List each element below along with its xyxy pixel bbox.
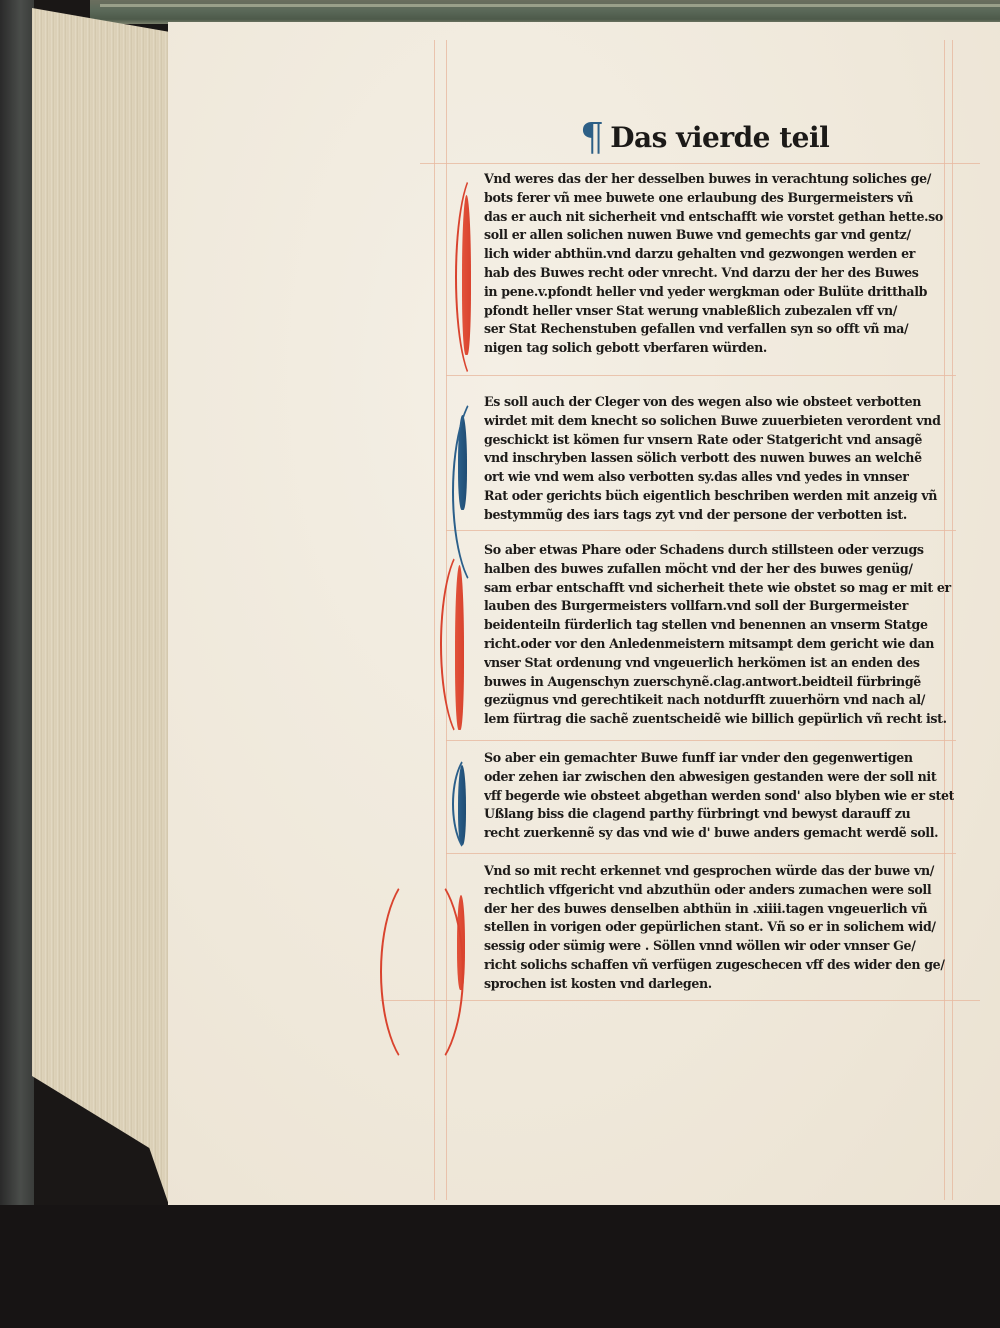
text-line: der her des buwes denselben abthün in .x… — [484, 900, 954, 919]
text-line: ort wie vnd wem also verbotten sy.das al… — [484, 468, 954, 487]
text-line: bestymmũg des iars tags zyt vnd der pers… — [484, 506, 954, 525]
text-line: lich wider abthün.vnd darzu gehalten vnd… — [484, 245, 954, 264]
text-line: So aber etwas Phare oder Schadens durch … — [484, 541, 954, 560]
bottom-background — [0, 1205, 1000, 1328]
text-line: wirdet mit dem knecht so solichen Buwe z… — [484, 412, 954, 431]
text-line: richt.oder vor den Anledenmeistern mitsa… — [484, 635, 954, 654]
rubric-flourish-5 — [380, 870, 464, 1074]
text-line: sam erbar entschafft vnd sicherheit thet… — [484, 579, 954, 598]
text-line: sessig oder sümig were . Söllen vnnd wöl… — [484, 937, 954, 956]
page-edges-stack — [32, 8, 170, 1208]
ruling-line-bottom — [380, 1000, 980, 1001]
paragraph-5: Vnd so mit recht erkennet vnd gesprochen… — [484, 862, 954, 994]
pilcrow-icon: ¶ — [580, 118, 604, 156]
text-line: nigen tag solich gebott vberfaren würden… — [484, 339, 954, 358]
text-line: Rat oder gerichts büch eigentlich beschr… — [484, 487, 954, 506]
text-line: geschickt ist kömen fur vnsern Rate oder… — [484, 431, 954, 450]
text-line: hab des Buwes recht oder vnrecht. Vnd da… — [484, 264, 954, 283]
text-line: vnd inschryben lassen sölich verbott des… — [484, 449, 954, 468]
paragraph-3: So aber etwas Phare oder Schadens durch … — [484, 541, 954, 729]
text-line: lauben des Burgermeisters vollfarn.vnd s… — [484, 597, 954, 616]
text-line: soll er allen solichen nuwen Buwe vnd ge… — [484, 226, 954, 245]
text-line: beidenteiln fürderlich tag stellen vnd b… — [484, 616, 954, 635]
text-line: bots ferer vñ mee buwete one erlaubung d… — [484, 189, 954, 208]
ruling-line-top — [420, 163, 980, 164]
text-line: gezügnus vnd gerechtikeit nach notdurfft… — [484, 691, 954, 710]
ruling-line-sep3 — [446, 740, 956, 741]
section-heading: ¶ Das vierde teil — [580, 118, 829, 156]
text-line: halben des buwes zufallen möcht vnd der … — [484, 560, 954, 579]
ruling-line-sep4 — [446, 853, 956, 854]
paragraph-1: Vnd weres das der her desselben buwes in… — [484, 170, 954, 358]
text-line: das er auch nit sicherheit vnd entschaff… — [484, 208, 954, 227]
text-line: buwes in Augenschyn zuerschynẽ.clag.antw… — [484, 673, 954, 692]
ruling-line-sep2 — [446, 530, 956, 531]
ruling-line-sep1 — [446, 375, 956, 376]
book-cover-top-rim — [100, 4, 1000, 7]
text-line: recht zuerkennẽ sy das vnd wie d' buwe a… — [484, 824, 954, 843]
text-line: Es soll auch der Cleger von des wegen al… — [484, 393, 954, 412]
text-line: sprochen ist kosten vnd darlegen. — [484, 975, 954, 994]
text-line: Vnd so mit recht erkennet vnd gesprochen… — [484, 862, 954, 881]
book-cover-left — [0, 0, 34, 1260]
text-line: in pene.v.pfondt heller vnd yeder wergkm… — [484, 283, 954, 302]
text-line: richt solichs schaffen vñ verfügen zuges… — [484, 956, 954, 975]
text-line: oder zehen iar zwischen den abwesigen ge… — [484, 768, 954, 787]
text-line: pfondt heller vnser Stat werung vnableßl… — [484, 302, 954, 321]
text-line: ser Stat Rechenstuben gefallen vnd verfa… — [484, 320, 954, 339]
text-line: lem fürtrag die sachẽ zuentscheidẽ wie b… — [484, 710, 954, 729]
text-line: So aber ein gemachter Buwe funff iar vnd… — [484, 749, 954, 768]
paragraph-4: So aber ein gemachter Buwe funff iar vnd… — [484, 749, 954, 843]
text-line: vnser Stat ordenung vnd vngeuerlich herk… — [484, 654, 954, 673]
heading-title: Das vierde teil — [610, 121, 829, 154]
text-line: stellen in vorigen oder gepürlichen stan… — [484, 918, 954, 937]
text-line: Ußlang biss die clagend parthy fürbringt… — [484, 805, 954, 824]
paragraph-2: Es soll auch der Cleger von des wegen al… — [484, 393, 954, 525]
text-line: vff begerde wie obsteet abgethan werden … — [484, 787, 954, 806]
text-line: rechtlich vffgericht vnd abzuthün oder a… — [484, 881, 954, 900]
text-line: Vnd weres das der her desselben buwes in… — [484, 170, 954, 189]
